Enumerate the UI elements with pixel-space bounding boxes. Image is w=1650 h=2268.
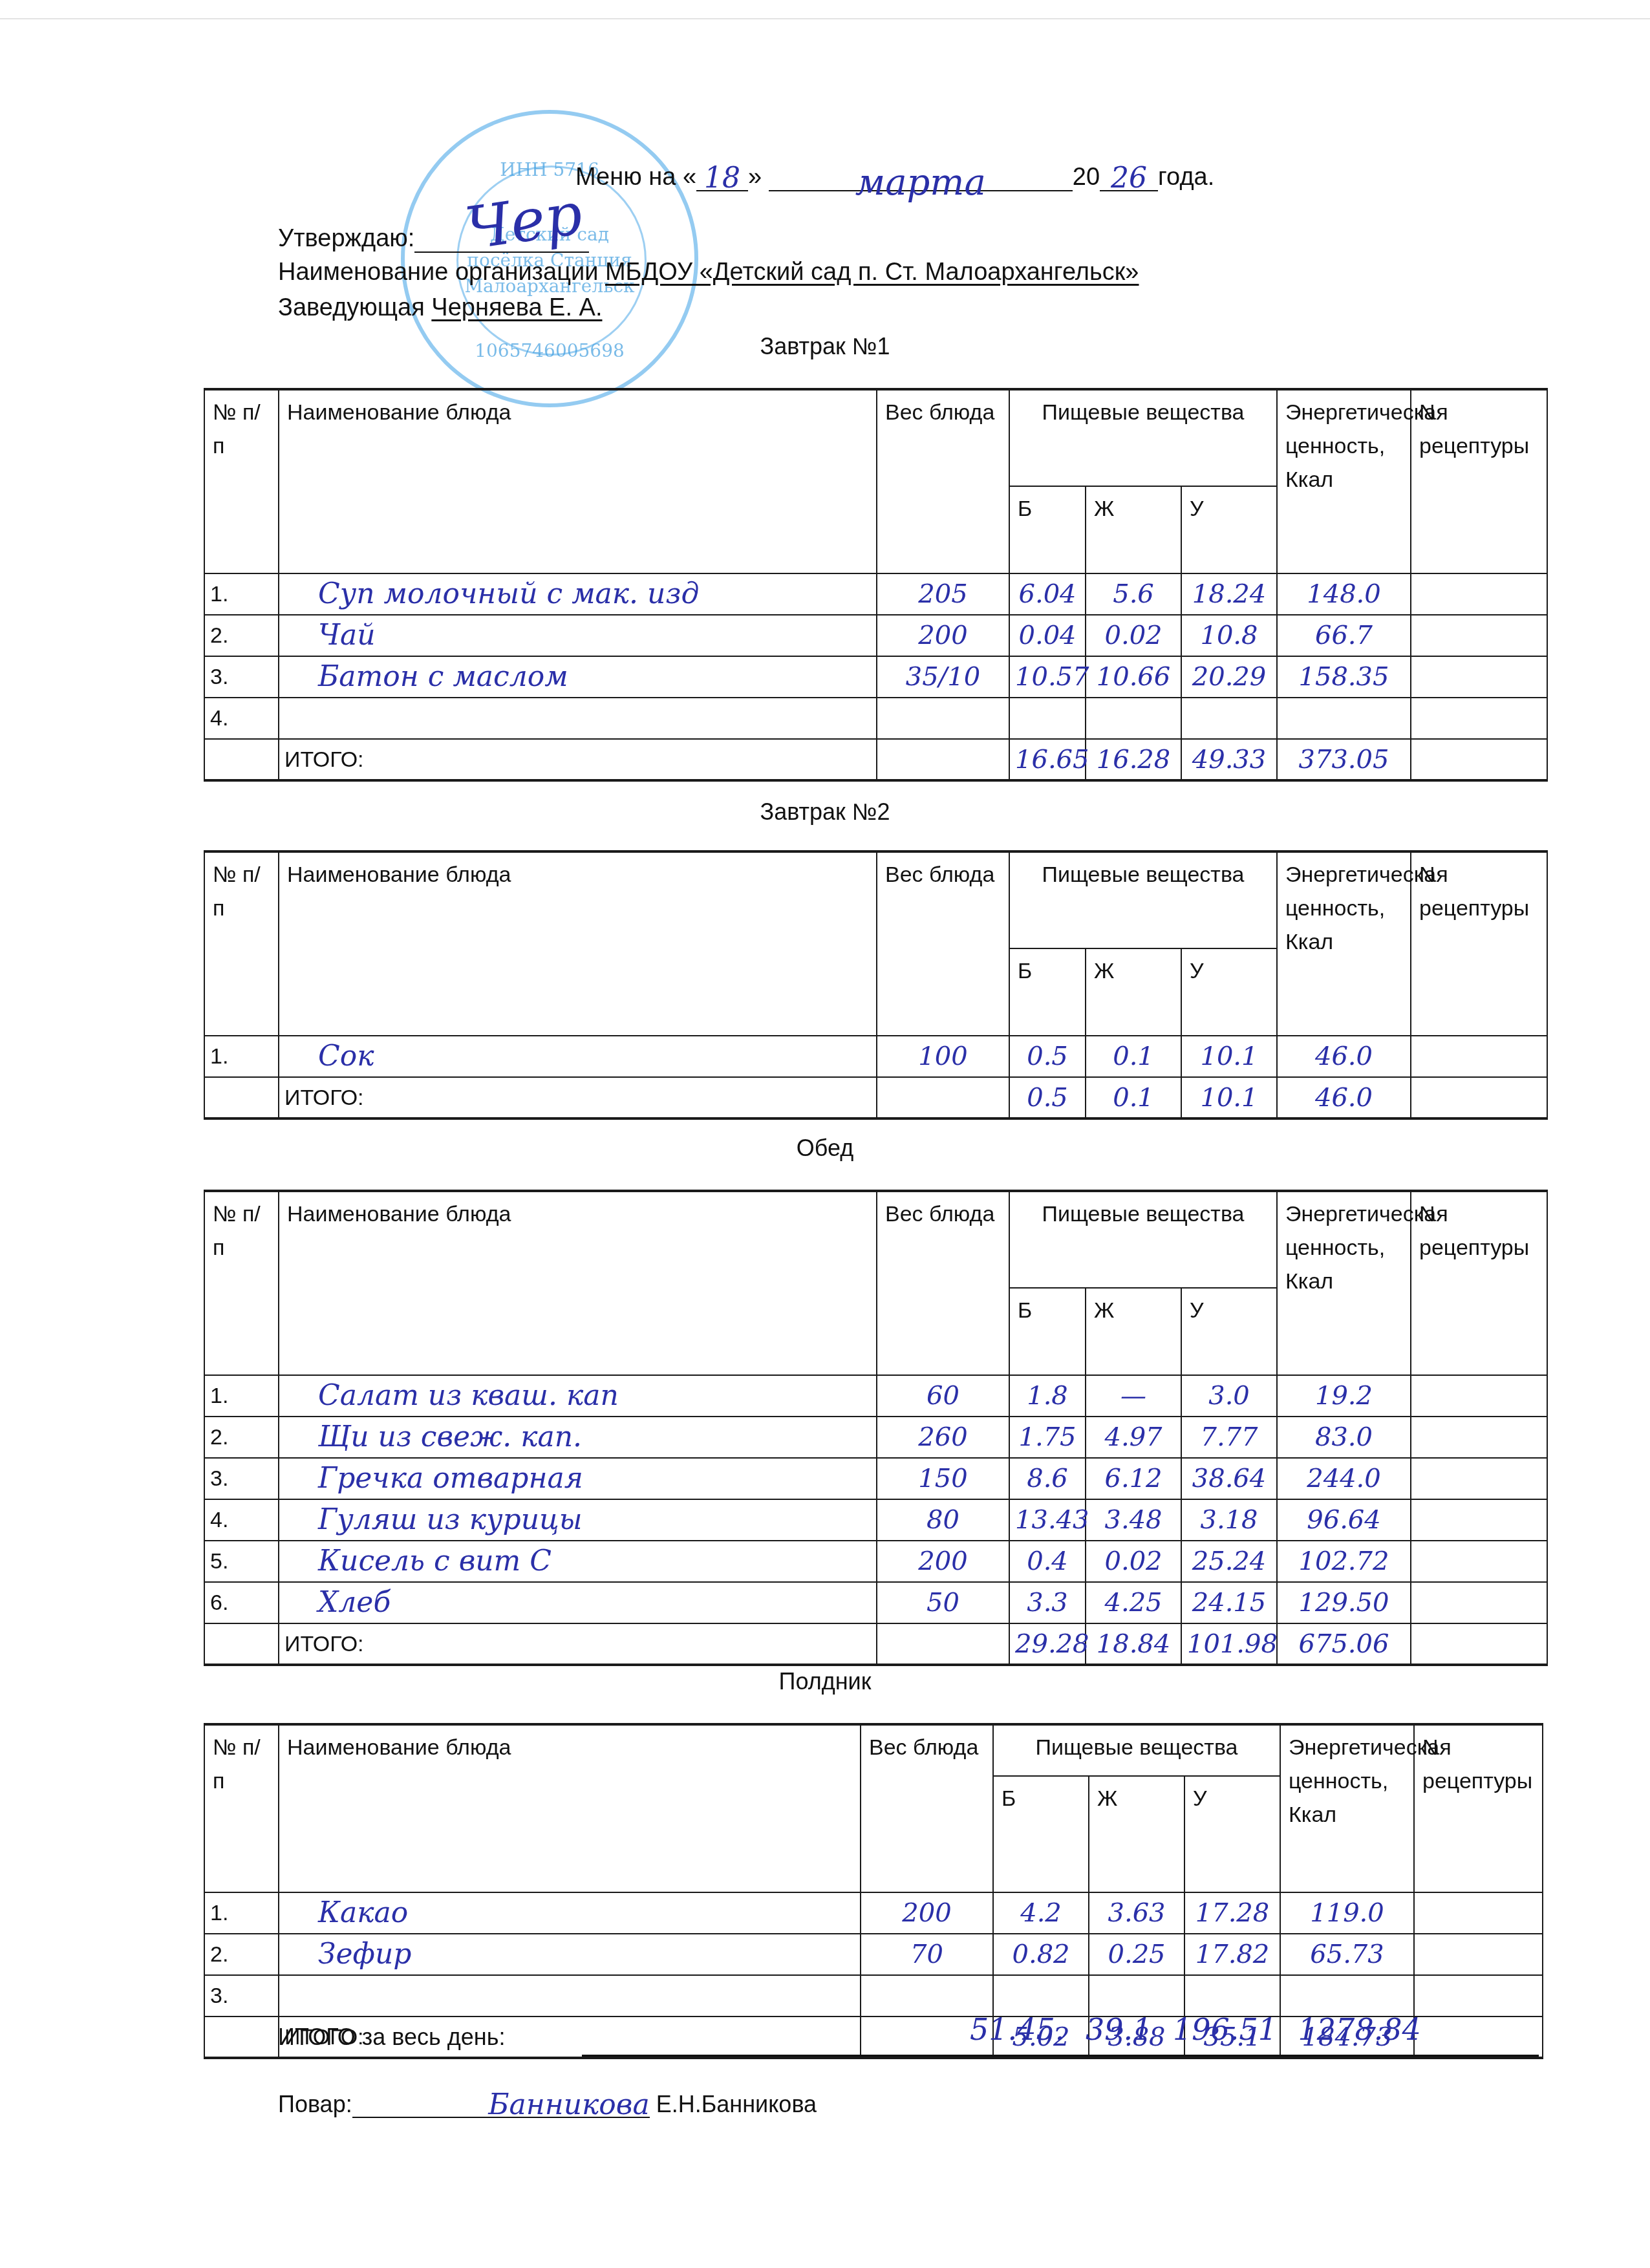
day-total-line (582, 2055, 1539, 2057)
dish-name: Какао (279, 1892, 861, 1934)
col-b: Б (1009, 948, 1086, 1036)
fat-value: 3.63 (1089, 1892, 1184, 1934)
kcal-value (1277, 698, 1411, 739)
menu-table: № п/пНаименование блюдаВес блюдаПищевые … (204, 1190, 1548, 1666)
table-row: 2.Зефир700.820.2517.8265.73 (204, 1934, 1543, 1975)
col-recipe: N рецептуры (1411, 851, 1547, 1036)
col-zh: Ж (1086, 1288, 1181, 1375)
total-protein: 16.65 (1009, 739, 1086, 780)
col-nutrients: Пищевые вещества (1009, 1191, 1277, 1288)
row-num: 3. (204, 1975, 279, 2017)
kcal-value: 129.50 (1277, 1582, 1411, 1623)
dish-name (279, 698, 877, 739)
cook-line: Повар:Банникова Е.Н.Банникова (278, 2088, 817, 2118)
col-u: У (1181, 486, 1277, 573)
total-kcal: 675.06 (1277, 1623, 1411, 1665)
fat-value: 4.25 (1086, 1582, 1181, 1623)
col-nutrients: Пищевые вещества (993, 1724, 1280, 1776)
dish-weight: 200 (877, 1541, 1009, 1582)
kcal-value: 244.0 (1277, 1458, 1411, 1499)
dish-weight: 35/10 (877, 656, 1009, 698)
total-protein: 0.5 (1009, 1077, 1086, 1118)
total-row: ИТОГО:0.50.110.146.0 (204, 1077, 1547, 1118)
col-weight: Вес блюда (861, 1724, 993, 1892)
fat-value: 10.66 (1086, 656, 1181, 698)
day-total-kcal: 1278.84 (1298, 2012, 1421, 2047)
dish-name: Батон с маслом (279, 656, 877, 698)
dish-weight: 50 (877, 1582, 1009, 1623)
recipe-number (1411, 656, 1547, 698)
table-row: 4.Гуляш из курицы8013.433.483.1896.64 (204, 1499, 1547, 1541)
kcal-value: 46.0 (1277, 1036, 1411, 1077)
col-zh: Ж (1086, 486, 1181, 573)
page-edge (0, 18, 1650, 19)
dish-weight: 205 (877, 573, 1009, 615)
kcal-value: 96.64 (1277, 1499, 1411, 1541)
col-name: Наименование блюда (279, 389, 877, 573)
dish-name: Гуляш из курицы (279, 1499, 877, 1541)
day-total-values: 51.45. 39.1 196.51 1278.84 (970, 2012, 1421, 2047)
total-fat: 18.84 (1086, 1623, 1181, 1665)
carb-value (1181, 698, 1277, 739)
table-row: 4. (204, 698, 1547, 739)
menu-day: 18 (696, 162, 748, 191)
col-zh: Ж (1086, 948, 1181, 1036)
dish-name: Зефир (279, 1934, 861, 1975)
protein-value: 0.4 (1009, 1541, 1086, 1582)
carb-value: 38.64 (1181, 1458, 1277, 1499)
dish-name: Салат из квaш. кап (279, 1375, 877, 1417)
year-prefix: 20 (1073, 164, 1100, 191)
table-row: 1.Какао2004.23.6317.28119.0 (204, 1892, 1543, 1934)
kcal-value: 83.0 (1277, 1417, 1411, 1458)
col-num: № п/п (204, 1191, 279, 1375)
col-name: Наименование блюда (279, 851, 877, 1036)
kcal-value: 119.0 (1280, 1892, 1414, 1934)
fat-value: 0.25 (1089, 1934, 1184, 1975)
day-total-b: 51.45. (970, 2012, 1064, 2047)
total-carb: 101.98 (1181, 1623, 1277, 1665)
total-carb: 10.1 (1181, 1077, 1277, 1118)
row-num: 3. (204, 656, 279, 698)
table-row: 6.Хлеб503.34.2524.15129.50 (204, 1582, 1547, 1623)
row-num: 5. (204, 1541, 279, 1582)
recipe-number (1411, 1375, 1547, 1417)
recipe-number (1411, 1582, 1547, 1623)
protein-value: 0.5 (1009, 1036, 1086, 1077)
dish-weight: 60 (877, 1375, 1009, 1417)
total-kcal: 373.05 (1277, 739, 1411, 780)
row-num: 2. (204, 615, 279, 656)
protein-value (993, 1975, 1089, 2017)
total-kcal: 46.0 (1277, 1077, 1411, 1118)
table-row: 3.Гречка отварная1508.66.1238.64244.0 (204, 1458, 1547, 1499)
kcal-value: 158.35 (1277, 656, 1411, 698)
protein-value: 13.43 (1009, 1499, 1086, 1541)
protein-value: 1.8 (1009, 1375, 1086, 1417)
table-row: 2.Чай2000.040.0210.866.7 (204, 615, 1547, 656)
col-name: Наименование блюда (279, 1191, 877, 1375)
menu-table: № п/пНаименование блюдаВес блюдаПищевые … (204, 1723, 1543, 2059)
menu-mid: » (748, 164, 762, 191)
protein-value: 6.04 (1009, 573, 1086, 615)
col-energy: Энергетическая ценность, Ккал (1277, 851, 1411, 1036)
head-label: Заведующая (278, 294, 425, 321)
org-name: МБДОУ «Детский сад п. Ст. Малоархангельс… (605, 259, 1139, 286)
table-row: 3.Батон с маслом35/1010.5710.6620.29158.… (204, 656, 1547, 698)
col-b: Б (1009, 1288, 1086, 1375)
head-name: Черняева Е. А. (431, 294, 602, 321)
section-title: Завтрак №2 (0, 798, 1650, 826)
carb-value: 18.24 (1181, 573, 1277, 615)
kcal-value: 19.2 (1277, 1375, 1411, 1417)
col-weight: Вес блюда (877, 851, 1009, 1036)
recipe-number (1411, 573, 1547, 615)
total-row: ИТОГО:16.6516.2849.33373.05 (204, 739, 1547, 780)
dish-name: Хлеб (279, 1582, 877, 1623)
dish-weight: 200 (877, 615, 1009, 656)
carb-value: 3.18 (1181, 1499, 1277, 1541)
year-postfix: года. (1158, 164, 1214, 191)
col-name: Наименование блюда (279, 1724, 861, 1892)
total-protein: 29.28 (1009, 1623, 1086, 1665)
dish-weight: 80 (877, 1499, 1009, 1541)
recipe-number (1411, 1541, 1547, 1582)
table-row: 2.Щи из свеж. кап.2601.754.977.7783.0 (204, 1417, 1547, 1458)
protein-value: 4.2 (993, 1892, 1089, 1934)
kcal-value (1280, 1975, 1414, 2017)
col-b: Б (993, 1776, 1089, 1892)
fat-value (1086, 698, 1181, 739)
row-num: 1. (204, 573, 279, 615)
dish-weight (861, 1975, 993, 2017)
total-fat: 0.1 (1086, 1077, 1181, 1118)
menu-month: марта (769, 162, 1073, 191)
recipe-number (1414, 1892, 1543, 1934)
fat-value: 4.97 (1086, 1417, 1181, 1458)
fat-value: — (1086, 1375, 1181, 1417)
dish-name: Суп молочный с мак. изд (279, 573, 877, 615)
protein-value: 0.04 (1009, 615, 1086, 656)
col-weight: Вес блюда (877, 1191, 1009, 1375)
kcal-value: 102.72 (1277, 1541, 1411, 1582)
recipe-number (1411, 1036, 1547, 1077)
approve-label: Утверждаю: (278, 225, 414, 252)
row-num: 1. (204, 1036, 279, 1077)
recipe-number (1411, 1499, 1547, 1541)
protein-value: 1.75 (1009, 1417, 1086, 1458)
recipe-number (1411, 1458, 1547, 1499)
protein-value: 3.3 (1009, 1582, 1086, 1623)
col-num: № п/п (204, 389, 279, 573)
carb-value: 3.0 (1181, 1375, 1277, 1417)
row-num: 1. (204, 1375, 279, 1417)
day-total-label: ИТОГО за весь день: (278, 2024, 505, 2051)
menu-table: № п/пНаименование блюдаВес блюдаПищевые … (204, 388, 1548, 782)
row-num: 2. (204, 1934, 279, 1975)
recipe-number (1414, 1934, 1543, 1975)
protein-value (1009, 698, 1086, 739)
kcal-value: 66.7 (1277, 615, 1411, 656)
recipe-number (1411, 615, 1547, 656)
dish-name: Сок (279, 1036, 877, 1077)
dish-name: Гречка отварная (279, 1458, 877, 1499)
col-u: У (1184, 1776, 1280, 1892)
org-label: Наименование организации (278, 259, 598, 286)
org-line: Наименование организации МБДОУ «Детский … (278, 259, 1139, 286)
carb-value: 17.28 (1184, 1892, 1280, 1934)
section-title: Завтрак №1 (0, 333, 1650, 360)
recipe-number (1411, 698, 1547, 739)
carb-value (1184, 1975, 1280, 2017)
head-line: Заведующая Черняева Е. А. (278, 294, 602, 322)
row-num: 3. (204, 1458, 279, 1499)
col-energy: Энергетическая ценность, Ккал (1277, 389, 1411, 573)
fat-value (1089, 1975, 1184, 2017)
col-nutrients: Пищевые вещества (1009, 851, 1277, 948)
total-label: ИТОГО: (279, 739, 877, 780)
dish-weight: 260 (877, 1417, 1009, 1458)
dish-name: Кисель с вит С (279, 1541, 877, 1582)
table-row: 1.Сок1000.50.110.146.0 (204, 1036, 1547, 1077)
dish-name: Чай (279, 615, 877, 656)
fat-value: 5.6 (1086, 573, 1181, 615)
row-num: 2. (204, 1417, 279, 1458)
table-row: 3. (204, 1975, 1543, 2017)
col-b: Б (1009, 486, 1086, 573)
carb-value: 10.8 (1181, 615, 1277, 656)
menu-prefix: Меню на « (575, 164, 696, 191)
day-total-zh: 39.1 (1086, 2012, 1152, 2047)
section-title: Полдник (0, 1668, 1650, 1695)
total-label: ИТОГО: (279, 1623, 877, 1665)
row-num: 6. (204, 1582, 279, 1623)
menu-year: 26 (1100, 162, 1158, 191)
protein-value: 8.6 (1009, 1458, 1086, 1499)
dish-name: Щи из свеж. кап. (279, 1417, 877, 1458)
total-fat: 16.28 (1086, 739, 1181, 780)
fat-value: 6.12 (1086, 1458, 1181, 1499)
fat-value: 0.1 (1086, 1036, 1181, 1077)
row-num: 4. (204, 1499, 279, 1541)
carb-value: 20.29 (1181, 656, 1277, 698)
col-zh: Ж (1089, 1776, 1184, 1892)
dish-weight: 100 (877, 1036, 1009, 1077)
table-row: 1.Салат из квaш. кап601.8—3.019.2 (204, 1375, 1547, 1417)
dish-weight: 70 (861, 1934, 993, 1975)
menu-date-line: Меню на «18» марта2026года. (575, 162, 1214, 191)
col-recipe: N рецептуры (1411, 1191, 1547, 1375)
col-num: № п/п (204, 1724, 279, 1892)
protein-value: 0.82 (993, 1934, 1089, 1975)
dish-weight: 200 (861, 1892, 993, 1934)
dish-weight: 150 (877, 1458, 1009, 1499)
total-carb: 49.33 (1181, 739, 1277, 780)
row-num: 4. (204, 698, 279, 739)
total-label: ИТОГО: (279, 1077, 877, 1118)
section-title: Обед (0, 1135, 1650, 1162)
fat-value: 0.02 (1086, 1541, 1181, 1582)
col-nutrients: Пищевые вещества (1009, 389, 1277, 486)
col-num: № п/п (204, 851, 279, 1036)
kcal-value: 65.73 (1280, 1934, 1414, 1975)
carb-value: 10.1 (1181, 1036, 1277, 1077)
col-energy: Энергетическая ценность, Ккал (1277, 1191, 1411, 1375)
row-num: 1. (204, 1892, 279, 1934)
col-weight: Вес блюда (877, 389, 1009, 573)
dish-weight (877, 698, 1009, 739)
day-total-u: 196.51 (1173, 2012, 1277, 2047)
col-recipe: N рецептуры (1411, 389, 1547, 573)
col-energy: Энергетическая ценность, Ккал (1280, 1724, 1414, 1892)
col-recipe: N рецептуры (1414, 1724, 1543, 1892)
cook-signature: Банникова (352, 2088, 650, 2118)
carb-value: 24.15 (1181, 1582, 1277, 1623)
fat-value: 3.48 (1086, 1499, 1181, 1541)
kcal-value: 148.0 (1277, 573, 1411, 615)
menu-table: № п/пНаименование блюдаВес блюдаПищевые … (204, 850, 1548, 1120)
fat-value: 0.02 (1086, 615, 1181, 656)
dish-name (279, 1975, 861, 2017)
col-u: У (1181, 948, 1277, 1036)
cook-name: Е.Н.Банникова (656, 2091, 817, 2117)
recipe-number (1411, 1417, 1547, 1458)
protein-value: 10.57 (1009, 656, 1086, 698)
table-row: 1.Суп молочный с мак. изд2056.045.618.24… (204, 573, 1547, 615)
table-row: 5.Кисель с вит С2000.40.0225.24102.72 (204, 1541, 1547, 1582)
cook-label: Повар: (278, 2091, 352, 2117)
carb-value: 17.82 (1184, 1934, 1280, 1975)
col-u: У (1181, 1288, 1277, 1375)
recipe-number (1414, 1975, 1543, 2017)
carb-value: 25.24 (1181, 1541, 1277, 1582)
carb-value: 7.77 (1181, 1417, 1277, 1458)
total-row: ИТОГО:29.2818.84101.98675.06 (204, 1623, 1547, 1665)
